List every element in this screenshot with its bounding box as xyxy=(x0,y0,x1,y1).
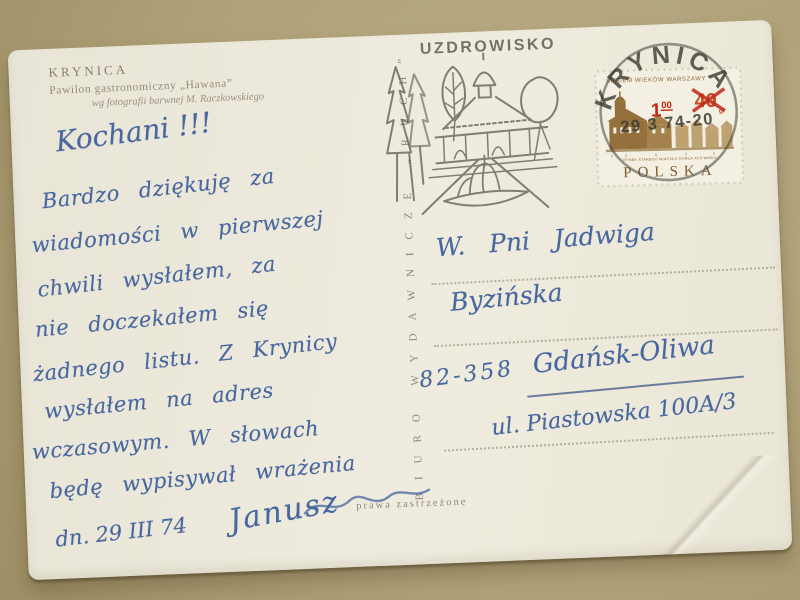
svg-text:KRYNICA: KRYNICA xyxy=(591,38,740,115)
message-line: nie doczekałem się xyxy=(34,296,270,342)
postmark-date: 29 3 74-20 xyxy=(620,110,715,137)
message-date: dn. 29 III 74 xyxy=(54,513,188,551)
card-crease xyxy=(639,455,793,556)
message-line: wysłałem na adres xyxy=(43,378,274,423)
postmark-circle: KRYNICA 29 3 74-20 xyxy=(591,29,747,187)
address-postal-code: 82-358 xyxy=(418,356,516,393)
message-line: wiadomości w pierwszej xyxy=(31,206,325,257)
postcard: KRYNICA Pawilon gastronomiczny „Hawana” … xyxy=(8,20,793,580)
slogan-cancel: UZDROWISKO xyxy=(379,28,582,222)
slogan-text: UZDROWISKO xyxy=(420,36,557,58)
postmark-town: KRYNICA xyxy=(591,38,740,115)
message-greeting: Kochani !!! xyxy=(54,106,214,159)
address-recipient-name: W. Pni Jadwiga xyxy=(435,217,656,262)
message-line: wczasowym. W słowach xyxy=(31,416,320,464)
caption-block: KRYNICA Pawilon gastronomiczny „Hawana” … xyxy=(48,56,264,111)
photo-background: KRYNICA Pawilon gastronomiczny „Hawana” … xyxy=(0,0,800,600)
message-line: chwili wysłałem, za xyxy=(36,252,277,302)
address-dotted-line xyxy=(431,266,775,285)
message-line: Bardzo dziękuję za xyxy=(41,164,276,214)
